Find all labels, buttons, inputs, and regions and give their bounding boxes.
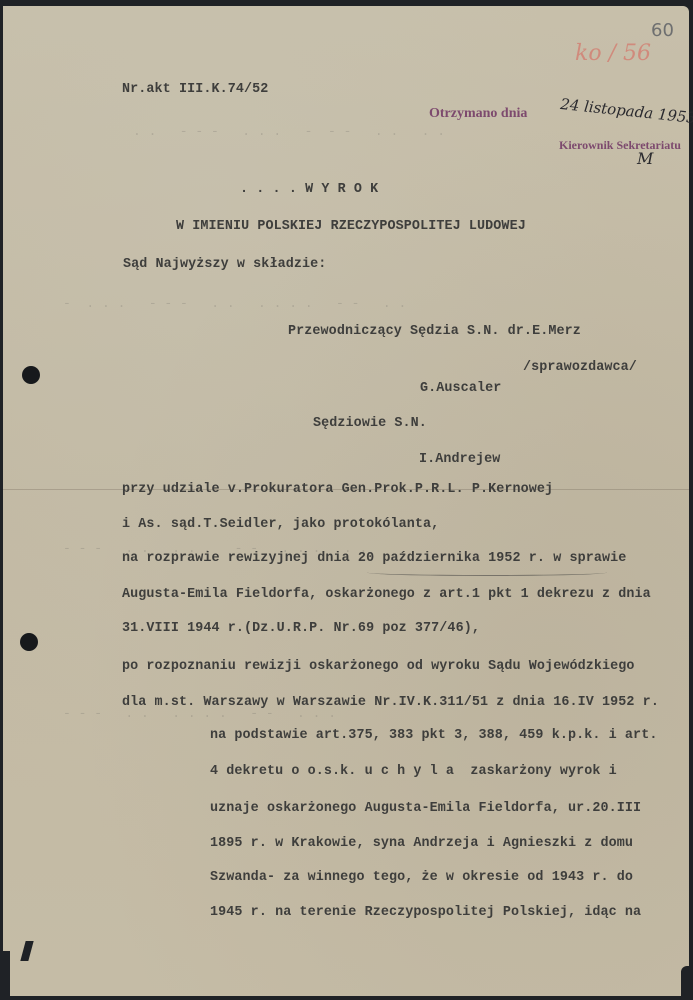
show-through-text: - . . . - - - . . . . . . - - . . [63,296,406,311]
body-line: dla m.st. Warszawy w Warszawie Nr.IV.K.3… [122,695,659,710]
ruling-line: 4 dekretu o o.s.k. u c h y l a zaskarżon… [210,764,617,779]
show-through-text: . . - - - . . . - - - . . . . [133,124,445,139]
panel-judges-label: Sędziowie S.N. [313,416,427,431]
punch-hole-top [22,366,40,384]
body-line: przy udziale v.Prokuratora Gen.Prok.P.R.… [122,482,553,497]
panel-judge-1: G.Auscaler [420,381,501,396]
torn-edge-right [681,966,691,996]
office-stamp-label: Kierownik Sekretariatu [559,138,681,153]
body-line: Augusta-Emila Fieldorfa, oskarżonego z a… [122,587,651,602]
panel-presiding: Przewodniczący Sędzia S.N. dr.E.Merz [288,324,581,339]
body-line: po rozpoznaniu rewizji oskarżonego od wy… [122,659,635,674]
folio-number: 60 [651,20,674,41]
torn-edge-left [0,951,10,1000]
torn-edge-mark [20,941,33,961]
body-line: i As. sąd.T.Seidler, jako protokólanta, [122,517,439,532]
ruling-line: na podstawie art.375, 383 pkt 3, 388, 45… [210,728,657,743]
body-line: na rozprawie rewizyjnej dnia 20 paździer… [122,551,626,566]
punch-hole-bottom [20,633,38,651]
document-title: . . . . W Y R O K [240,182,378,197]
ruling-line: 1945 r. na terenie Rzeczypospolitej Pols… [210,905,641,920]
document-page: . . - - - . . . - - - . . . . - . . . - … [3,6,689,996]
case-number: Nr.akt III.K.74/52 [122,82,268,97]
ruling-line: 1895 r. w Krakowie, syna Andrzeja i Agni… [210,836,633,851]
panel-rapporteur: /sprawozdawca/ [523,360,637,375]
ruling-line: uznaje oskarżonego Augusta-Emila Fieldor… [210,801,641,816]
handwritten-initials: M [637,149,653,168]
red-pencil-mark: ko / 56 [575,41,651,66]
document-subtitle: W IMIENIU POLSKIEJ RZECZYPOSPOLITEJ LUDO… [176,219,526,234]
panel-judge-2: I.Andrejew [419,452,500,467]
court-intro: Sąd Najwyższy w składzie: [123,257,326,272]
body-line: 31.VIII 1944 r.(Dz.U.R.P. Nr.69 poz 377/… [122,621,480,636]
received-date-handwritten: 24 listopada 1953 [559,95,693,127]
ruling-line: Szwanda- za winnego tego, że w okresie o… [210,870,633,885]
received-stamp-label: Otrzymano dnia [429,106,527,122]
pencil-underline [367,569,607,576]
